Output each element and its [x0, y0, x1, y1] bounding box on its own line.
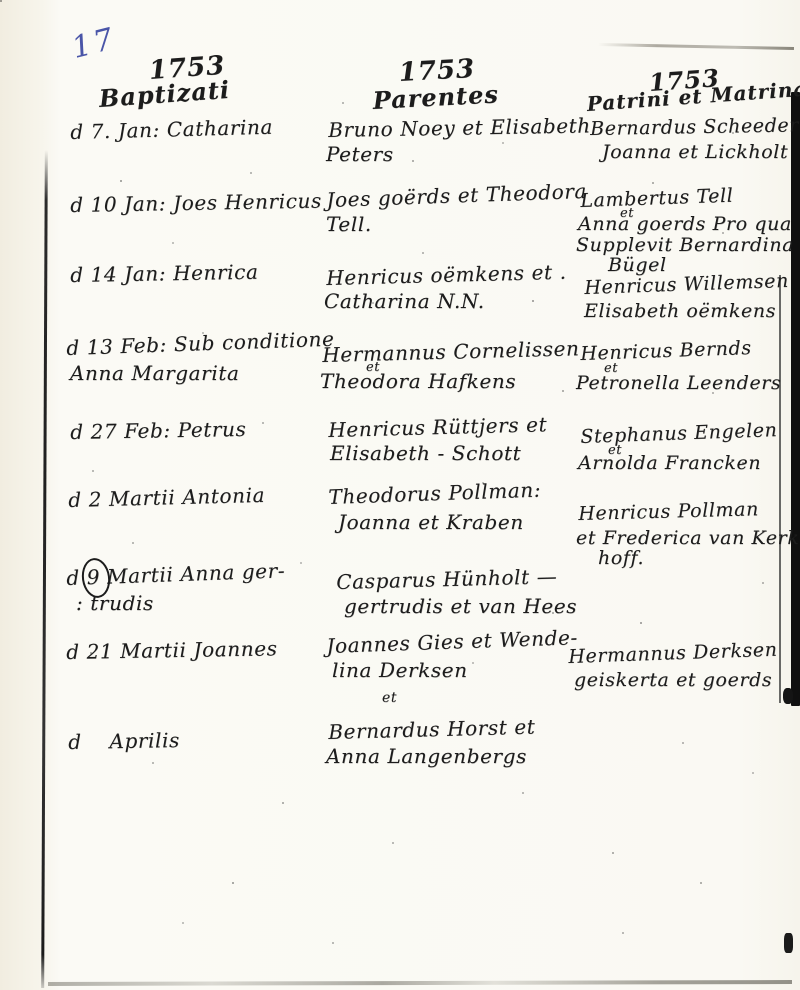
entry-4-parentes-line: Theodora Hafkens: [320, 369, 516, 393]
right-edge-ink-blob: [783, 688, 793, 704]
entry-5-parentes-line: Elisabeth - Schott: [330, 441, 521, 465]
entry-4-baptizati-line: Anna Margarita: [70, 361, 240, 385]
entry-6-patrini-line: hoff.: [598, 547, 644, 569]
entry-2-baptizati-line: d 10 Jan: Joes Henricus: [70, 189, 322, 217]
right-edge-line: [779, 275, 781, 703]
entry-2-patrini-line: Anna goerds Pro qua: [578, 213, 792, 235]
column-header-parentes: Parentes: [372, 79, 500, 115]
entry-8-baptizati-line: d 21 Martii Joannes: [66, 636, 278, 664]
entry-7-parentes-line: gertrudis et van Hees: [344, 594, 577, 618]
entry-9-parentes-line: Anna Langenbergs: [326, 744, 527, 768]
entry-5-parentes-line: Henricus Rüttjers et: [328, 412, 547, 442]
left-edge-line: [41, 150, 48, 988]
entry-6-patrini-line: et Frederica van Kerk-: [576, 527, 800, 549]
right-edge-shadow: [791, 92, 800, 706]
entry-3-patrini-line: Elisabeth oëmkens: [584, 300, 776, 322]
entry-8-patrini-line: Hermannus Derksen: [568, 639, 778, 668]
entry-2-parentes-line: Tell.: [326, 212, 372, 236]
entry-4-parentes-line: Hermannus Cornelissen: [322, 336, 580, 367]
entry-6-baptizati-line: d 2 Martii Antonia: [68, 483, 265, 512]
entry-5-baptizati-line: d 27 Feb: Petrus: [70, 417, 247, 444]
entry-9-parentes-line: Bernardus Horst et: [328, 715, 536, 744]
entry-8-parentes-line: lina Derksen: [332, 658, 468, 682]
paper-speckles: [0, 0, 2, 2]
entry-2-patrini-line: Bügel: [608, 254, 667, 276]
entry-7-baptizati-line: : trudis: [76, 591, 154, 615]
page-scan: 17 1753 Baptizati 1753 Parentes 1753 Pat…: [0, 0, 800, 990]
entry-6-parentes-line: Theodorus Pollman:: [328, 478, 542, 509]
page-number: 17: [68, 21, 119, 66]
entry-8-patrini-line: geiskerta et goerds: [574, 669, 772, 691]
entry-4-patrini-line: Petronella Leenders: [576, 372, 781, 394]
entry-7-parentes-line: Casparus Hünholt —: [336, 564, 558, 594]
entry-1-baptizati-line: d 7. Jan: Catharina: [70, 115, 273, 144]
entry-2-patrini-line: Lambertus Tell: [580, 185, 734, 212]
entry-3-baptizati-line: d 14 Jan: Henrica: [70, 260, 259, 287]
column-header-baptizati: Baptizati: [98, 75, 231, 113]
entry-1-patrini-line: Joanna et Lickholt: [602, 141, 788, 163]
entry-5-patrini-line: Arnolda Francken: [578, 452, 761, 474]
entry-8-parentes-line: Joannes Gies et Wende-: [326, 625, 578, 658]
entry-4-baptizati-line: d 13 Feb: Sub conditione: [66, 327, 335, 360]
entry-9-baptizati-line: d Aprilis: [68, 728, 180, 754]
entry-6-patrini-line: Henricus Pollman: [578, 498, 759, 525]
top-smudge: [598, 43, 794, 50]
bottom-smudge: [48, 980, 792, 986]
entry-3-parentes-line: Catharina N.N.: [324, 289, 485, 313]
marginal-et-mark: et: [382, 690, 397, 706]
entry-3-parentes-line: Henricus oëmkens et .: [326, 260, 567, 290]
entry-1-parentes-line: Bruno Noey et Elisabeth: [328, 113, 591, 142]
entry-1-parentes-line: Peters: [326, 142, 394, 166]
entry-2-patrini-line: Supplevit Bernardina: [576, 234, 794, 256]
right-edge-ink-blob-lower: [784, 933, 793, 953]
entry-1-patrini-line: Bernardus Scheeder: [590, 114, 799, 140]
entry-2-parentes-line: Joes goërds et Theodora: [326, 179, 587, 212]
entry-6-parentes-line: Joanna et Kraben: [338, 510, 524, 534]
